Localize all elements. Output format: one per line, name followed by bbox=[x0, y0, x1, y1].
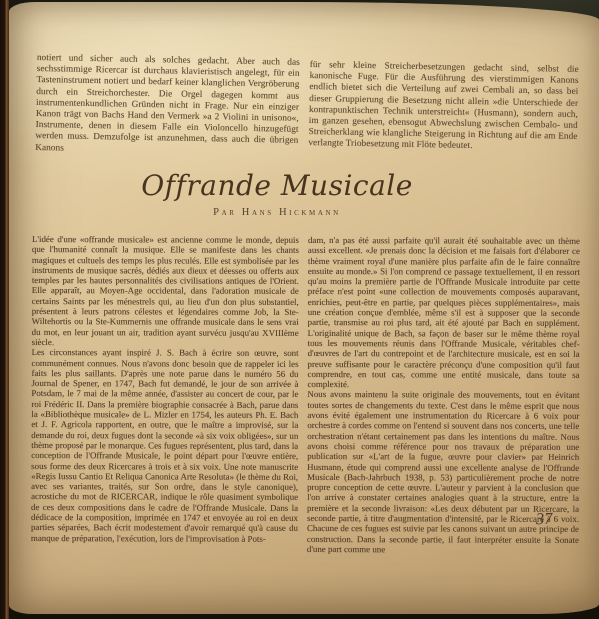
article-byline: Par Hans Hickmann bbox=[0, 207, 572, 218]
german-text-right-column: für sehr kleine Streicherbesetzungen ged… bbox=[308, 59, 579, 163]
article-right-column: dam, n'a pas été aussi parfaite qu'il au… bbox=[307, 235, 580, 555]
article-header: Offrande Musicale Par Hans Hickmann bbox=[0, 169, 572, 218]
article-body: L'idée d'une «offrande musicale» est anc… bbox=[31, 234, 580, 555]
photo-backdrop: notiert und sicher auch als solches geda… bbox=[0, 0, 599, 619]
article-paragraph: Nous avons maintenu la suite originale d… bbox=[307, 389, 580, 555]
previous-article-continuation: notiert und sicher auch als solches geda… bbox=[35, 52, 579, 163]
book-spine-edge bbox=[0, 0, 9, 619]
page-number: 37 bbox=[536, 509, 553, 530]
article-paragraph: L'idée d'une «offrande musicale» est anc… bbox=[32, 234, 299, 348]
article-left-column: L'idée d'une «offrande musicale» est anc… bbox=[31, 234, 299, 554]
article-paragraph: dam, n'a pas été aussi parfaite qu'il au… bbox=[307, 235, 580, 390]
german-text-left-column: notiert und sicher auch als solches geda… bbox=[35, 52, 300, 158]
article-title: Offrande Musicale bbox=[0, 169, 572, 202]
book-page: notiert und sicher auch als solches geda… bbox=[9, 2, 599, 614]
article-paragraph: Les circonstances ayant inspiré J. S. Ba… bbox=[31, 347, 299, 544]
